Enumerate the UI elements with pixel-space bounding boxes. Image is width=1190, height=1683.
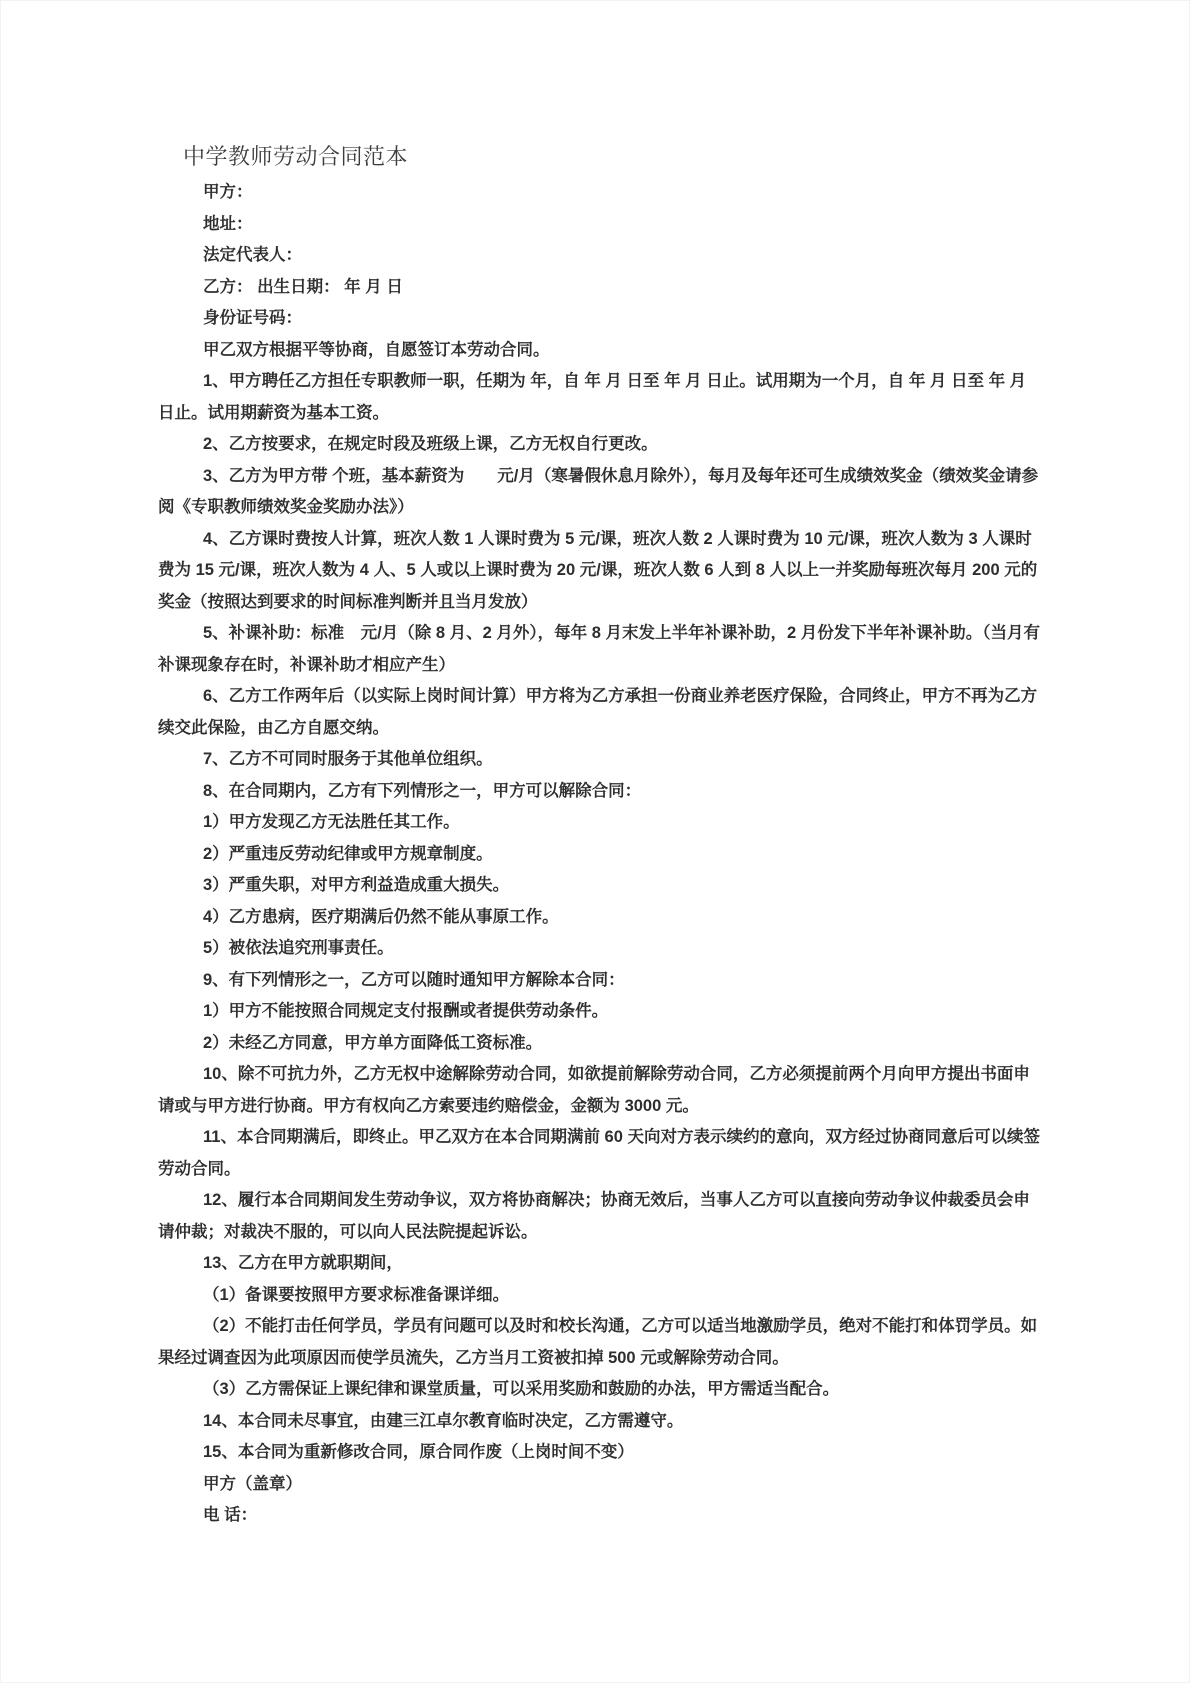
- contract-paragraph: 5）被依法追究刑事责任。: [158, 933, 1045, 965]
- contract-paragraph: 身份证号码：: [158, 303, 1045, 335]
- contract-paragraph: 2、乙方按要求，在规定时段及班级上课，乙方无权自行更改。: [158, 429, 1045, 461]
- contract-paragraph: 3、乙方为甲方带 个班，基本薪资为 元/月（寒暑假休息月除外），每月及每年还可生…: [158, 461, 1045, 524]
- contract-paragraph: 2）严重违反劳动纪律或甲方规章制度。: [158, 839, 1045, 871]
- contract-paragraph: 12、履行本合同期间发生劳动争议，双方将协商解决；协商无效后，当事人乙方可以直接…: [158, 1185, 1045, 1248]
- contract-paragraph: 乙方： 出生日期： 年 月 日: [158, 272, 1045, 304]
- contract-paragraph: 15、本合同为重新修改合同，原合同作废（上岗时间不变）: [158, 1437, 1045, 1469]
- contract-paragraph: 甲乙双方根据平等协商，自愿签订本劳动合同。: [158, 335, 1045, 367]
- contract-paragraph: 2）未经乙方同意，甲方单方面降低工资标准。: [158, 1028, 1045, 1060]
- contract-paragraph: 6、乙方工作两年后（以实际上岗时间计算）甲方将为乙方承担一份商业养老医疗保险，合…: [158, 681, 1045, 744]
- contract-paragraph: 甲方（盖章）: [158, 1469, 1045, 1501]
- contract-paragraph: 地址：: [158, 209, 1045, 241]
- contract-paragraph: 4）乙方患病，医疗期满后仍然不能从事原工作。: [158, 902, 1045, 934]
- document-title: 中学教师劳动合同范本: [183, 143, 408, 173]
- contract-paragraph: 4、乙方课时费按人计算，班次人数 1 人课时费为 5 元/课，班次人数 2 人课…: [158, 524, 1045, 619]
- contract-paragraph: 1、甲方聘任乙方担任专职教师一职，任期为 年，自 年 月 日至 年 月 日止。试…: [158, 366, 1045, 429]
- contract-paragraph: 7、乙方不可同时服务于其他单位组织。: [158, 744, 1045, 776]
- contract-paragraph: 5、补课补助：标准 元/月（除 8 月、2 月外），每年 8 月末发上半年补课补…: [158, 618, 1045, 681]
- contract-paragraph: 甲方：: [158, 177, 1045, 209]
- document-page: 中学教师劳动合同范本 甲方：地址：法定代表人：乙方： 出生日期： 年 月 日身份…: [0, 0, 1190, 1683]
- contract-paragraph: （2）不能打击任何学员，学员有问题可以及时和校长沟通，乙方可以适当地激励学员，绝…: [158, 1311, 1045, 1374]
- contract-body: 甲方：地址：法定代表人：乙方： 出生日期： 年 月 日身份证号码：甲乙双方根据平…: [158, 177, 1045, 1532]
- contract-paragraph: 10、除不可抗力外，乙方无权中途解除劳动合同，如欲提前解除劳动合同，乙方必须提前…: [158, 1059, 1045, 1122]
- contract-paragraph: 14、本合同未尽事宜，由建三江卓尔教育临时决定，乙方需遵守。: [158, 1406, 1045, 1438]
- contract-paragraph: 1）甲方发现乙方无法胜任其工作。: [158, 807, 1045, 839]
- contract-paragraph: 1）甲方不能按照合同规定支付报酬或者提供劳动条件。: [158, 996, 1045, 1028]
- contract-paragraph: 法定代表人：: [158, 240, 1045, 272]
- contract-paragraph: 8、在合同期内，乙方有下列情形之一，甲方可以解除合同：: [158, 776, 1045, 808]
- contract-paragraph: （3）乙方需保证上课纪律和课堂质量，可以采用奖励和鼓励的办法，甲方需适当配合。: [158, 1374, 1045, 1406]
- contract-paragraph: 3）严重失职，对甲方利益造成重大损失。: [158, 870, 1045, 902]
- contract-paragraph: 电 话：: [158, 1500, 1045, 1532]
- contract-paragraph: 9、有下列情形之一，乙方可以随时通知甲方解除本合同：: [158, 965, 1045, 997]
- contract-paragraph: （1）备课要按照甲方要求标准备课详细。: [158, 1280, 1045, 1312]
- contract-paragraph: 13、乙方在甲方就职期间，: [158, 1248, 1045, 1280]
- contract-paragraph: 11、本合同期满后，即终止。甲乙双方在本合同期满前 60 天向对方表示续约的意向…: [158, 1122, 1045, 1185]
